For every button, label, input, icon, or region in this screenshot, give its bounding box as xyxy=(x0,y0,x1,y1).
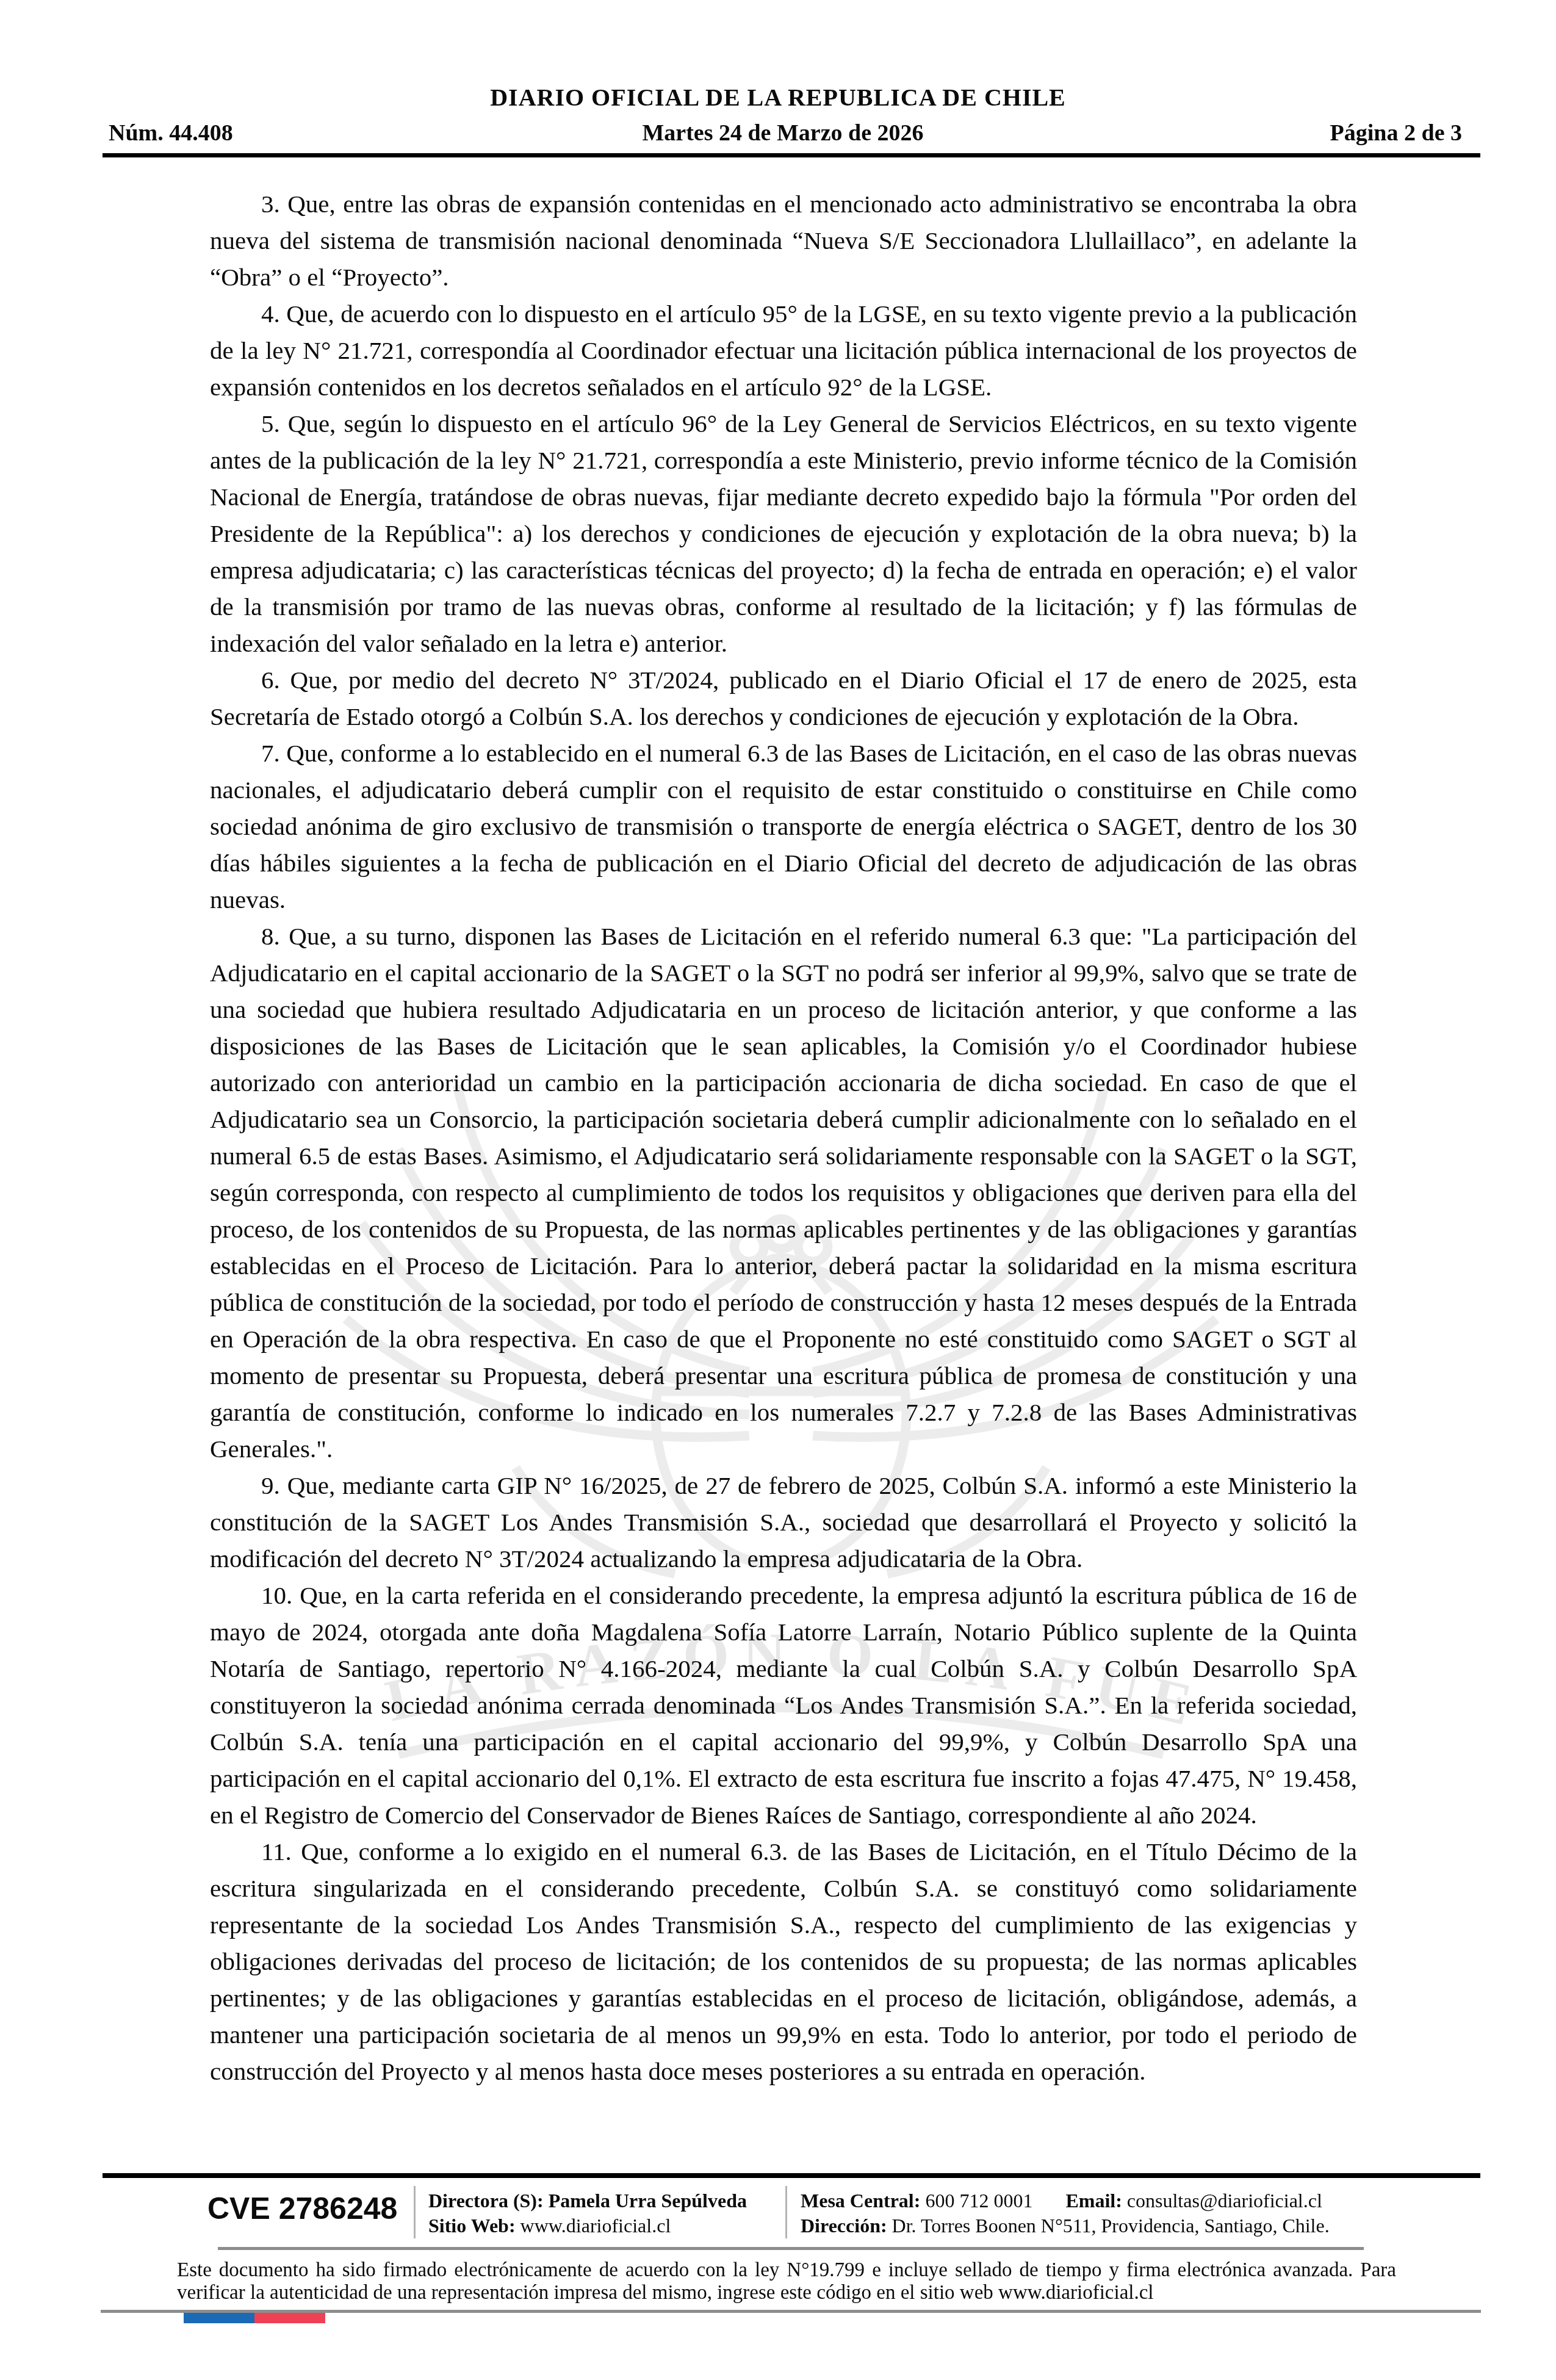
body-paragraph: 5. Que, según lo dispuesto en el artícul… xyxy=(210,405,1357,662)
document-body: 3. Que, entre las obras de expansión con… xyxy=(210,186,1357,2090)
website-label: Sitio Web: xyxy=(428,2215,516,2237)
body-paragraph: 8. Que, a su turno, disponen las Bases d… xyxy=(210,918,1357,1467)
body-paragraph: 6. Que, por medio del decreto N° 3T/2024… xyxy=(210,662,1357,735)
body-paragraph: 7. Que, conforme a lo establecido en el … xyxy=(210,735,1357,918)
website-line: Sitio Web: www.diarioficial.cl xyxy=(428,2213,770,2238)
footer-rule xyxy=(103,2173,1480,2178)
director-label: Directora (S): xyxy=(428,2190,544,2212)
email-label: Email: xyxy=(1065,2190,1122,2212)
phone-email-line: Mesa Central: 600 712 0001 Email: consul… xyxy=(801,2188,1368,2213)
footer-divider-2 xyxy=(785,2186,787,2238)
footer-gray-rule xyxy=(218,2247,1364,2250)
address-line: Dirección: Dr. Torres Boonen N°511, Prov… xyxy=(801,2213,1368,2238)
disclaimer-text-1: Este documento ha sido firmado electróni… xyxy=(177,2259,1266,2281)
email-address: consultas@diarioficial.cl xyxy=(1127,2190,1322,2212)
footer-contact-block: Mesa Central: 600 712 0001 Email: consul… xyxy=(801,2188,1368,2238)
footer-director-block: Directora (S): Pamela Urra Sepúlveda Sit… xyxy=(428,2188,770,2238)
address-value: Dr. Torres Boonen N°511, Providencia, Sa… xyxy=(892,2215,1330,2237)
body-paragraph: 3. Que, entre las obras de expansión con… xyxy=(210,186,1357,295)
body-paragraph: 4. Que, de acuerdo con lo dispuesto en e… xyxy=(210,295,1357,405)
director-line: Directora (S): Pamela Urra Sepúlveda xyxy=(428,2188,770,2213)
gazette-page: { "header": { "title": "DIARIO OFICIAL D… xyxy=(0,0,1556,2380)
address-label: Dirección: xyxy=(801,2215,887,2237)
issue-date: Martes 24 de Marzo de 2026 xyxy=(104,120,1462,146)
header-meta-row: Núm. 44.408 Martes 24 de Marzo de 2026 P… xyxy=(104,120,1462,150)
flag-blue-segment xyxy=(184,2313,254,2323)
cve-code: CVE 2786248 xyxy=(207,2191,397,2226)
chile-flag-mark xyxy=(184,2313,325,2323)
director-name: Pamela Urra Sepúlveda xyxy=(549,2190,747,2212)
body-paragraph: 11. Que, conforme a lo exigido en el num… xyxy=(210,1833,1357,2090)
phone-number: 600 712 0001 xyxy=(925,2190,1032,2212)
header-rule xyxy=(103,153,1480,157)
body-paragraph: 9. Que, mediante carta GIP N° 16/2025, d… xyxy=(210,1467,1357,1577)
footer-divider-1 xyxy=(414,2186,416,2238)
flag-red-segment xyxy=(254,2313,325,2323)
page-number: Página 2 de 3 xyxy=(1330,120,1462,146)
website-url: www.diarioficial.cl xyxy=(520,2215,671,2237)
page-title: DIARIO OFICIAL DE LA REPUBLICA DE CHILE xyxy=(0,83,1556,112)
disclaimer: Este documento ha sido firmado electróni… xyxy=(177,2259,1396,2304)
body-paragraph: 10. Que, en la carta referida en el cons… xyxy=(210,1577,1357,1833)
phone-label: Mesa Central: xyxy=(801,2190,920,2212)
